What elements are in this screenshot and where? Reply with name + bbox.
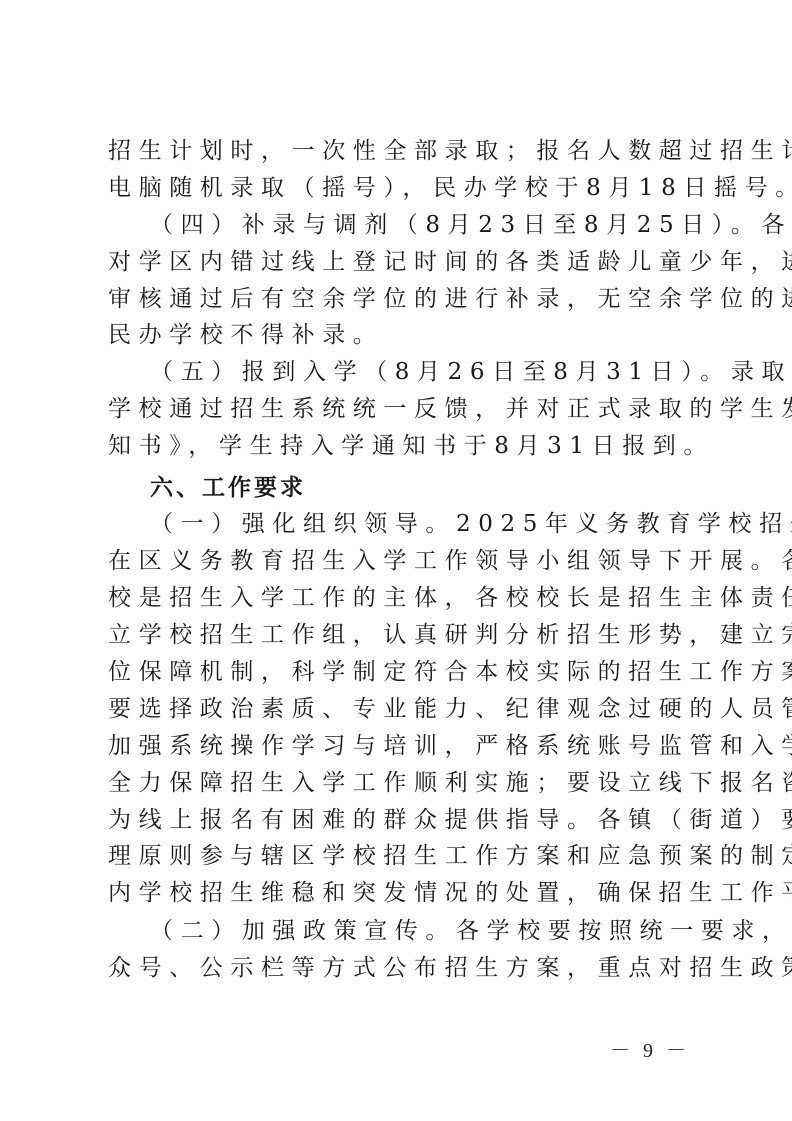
paragraph-line: 内学校招生维稳和突发情况的处置，确保招生工作平稳顺利。 (108, 875, 694, 912)
paragraph-line-subheading-1: （一）强化组织领导。2025年义务教育学校招生入学工作 (150, 506, 694, 543)
paragraph-text: 2025年义务教育学校招生入学工作 (456, 511, 792, 537)
paragraph-line: 民办学校不得补录。 (108, 317, 694, 354)
paragraph-line: 知书》，学生持入学通知书于8月31日报到。 (108, 428, 694, 465)
subheading-supplementary-admission: （四）补录与调剂（8月23日至8月25日）。 (150, 212, 762, 238)
page-number: － 9 － (600, 1034, 700, 1063)
paragraph-line-subheading-5: （五）报到入学（8月26日至8月31日）。录取结果由各 (150, 354, 694, 391)
paragraph-text: 录取结果由各 (731, 359, 792, 385)
paragraph-text: 各公办学校 (762, 212, 792, 238)
paragraph-line: 为线上报名有困难的群众提供指导。各镇（街道）要按照属地管 (108, 802, 694, 839)
paragraph-line: 立学校招生工作组，认真研判分析招生形势，建立完善各类别学 (108, 617, 694, 654)
paragraph-line: 位保障机制，科学制定符合本校实际的招生工作方案和应急预案； (108, 654, 694, 691)
paragraph-line: 学校通过招生系统统一反馈，并对正式录取的学生发放《入学通 (108, 391, 694, 428)
paragraph-text: 各学校要按照统一要求，及时通过公 (456, 918, 792, 944)
subheading-enrollment-registration: （五）报到入学（8月26日至8月31日）。 (150, 359, 731, 385)
paragraph-line: 众号、公示栏等方式公布招生方案，重点对招生政策、学区范围、 (108, 950, 694, 987)
paragraph-line: 电脑随机录取（摇号），民办学校于8月18日摇号。 (108, 170, 694, 207)
section-heading-work-requirements: 六、工作要求 (150, 470, 306, 507)
document-page: 招生计划时，一次性全部录取；报名人数超过招生计划后，实行 电脑随机录取（摇号），… (0, 0, 792, 1121)
paragraph-line: 加强系统操作学习与培训，严格系统账号监管和入学资格审核， (108, 728, 694, 765)
paragraph-line: 审核通过后有空余学位的进行补录，无空余学位的进行调剂入学。 (108, 281, 694, 318)
subheading-strengthen-leadership: （一）强化组织领导。 (150, 511, 456, 537)
paragraph-line: 校是招生入学工作的主体，各校校长是招生主体责任人，负责成 (108, 580, 694, 617)
paragraph-line: 招生计划时，一次性全部录取；报名人数超过招生计划后，实行 (108, 133, 694, 170)
paragraph-line: 全力保障招生入学工作顺利实施；要设立线下报名咨询服务点， (108, 765, 694, 802)
paragraph-line: 要选择政治素质、专业能力、纪律观念过硬的人员管理招生系统， (108, 691, 694, 728)
paragraph-line-subheading-2: （二）加强政策宣传。各学校要按照统一要求，及时通过公 (150, 913, 694, 950)
subheading-policy-publicity: （二）加强政策宣传。 (150, 918, 456, 944)
paragraph-line-subheading-4: （四）补录与调剂（8月23日至8月25日）。各公办学校 (150, 207, 694, 244)
paragraph-line: 理原则参与辖区学校招生工作方案和应急预案的制定，做好辖区 (108, 838, 694, 875)
paragraph-line: 对学区内错过线上登记时间的各类适龄儿童少年，进行线下审核。 (108, 244, 694, 281)
paragraph-line: 在区义务教育招生入学工作领导小组领导下开展。各义务教育学 (108, 543, 694, 580)
